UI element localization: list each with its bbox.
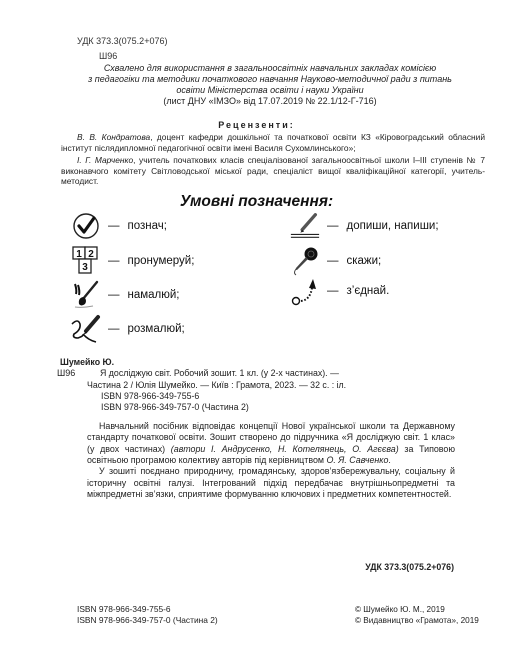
textbook-authors: (автори І. Андрусенко, Н. Котелянець, О.…	[171, 444, 399, 454]
legend-label: розмалюй;	[128, 323, 185, 335]
author-mark: Ш96	[99, 51, 117, 61]
reviewers-title: Рецензенти:	[0, 120, 513, 130]
legend-label: скажи;	[347, 255, 382, 267]
legend-label: з’єднай.	[347, 285, 390, 297]
legend-label: допиши, напиши;	[347, 220, 439, 232]
legend-item-connect: — з’єднай.	[289, 276, 389, 306]
reviewer-name: І. Г. Марченко	[77, 155, 133, 165]
pencil-scribble-icon	[70, 314, 102, 344]
approval-line: Схвалено для використання в загальноосві…	[60, 63, 480, 74]
legend-dash: —	[108, 255, 120, 267]
isbn-line: ISBN 978-966-349-755-6	[77, 604, 218, 615]
legend-dash: —	[108, 323, 120, 335]
legend-dash: —	[108, 220, 120, 232]
biblio-author: Шумейко Ю.	[60, 357, 346, 368]
reviewer-name: В. В. Кондратова	[77, 132, 150, 142]
copyright-line: © Видавництво «Грамота», 2019	[355, 615, 479, 626]
legend-label: познач;	[128, 220, 167, 232]
approval-letter: (лист ДНУ «ІМЗО» від 17.07.2019 № 22.1/1…	[60, 96, 480, 107]
svg-text:1: 1	[76, 249, 82, 260]
legend-item-mark: — познач;	[70, 211, 167, 241]
biblio-isbn: ISBN 978-966-349-757-0 (Частина 2)	[60, 402, 346, 413]
annotation-paragraph: У зошиті поєднано природничу, громадянсь…	[87, 466, 455, 500]
microphone-icon	[289, 246, 321, 276]
paintbrush-icon	[70, 280, 102, 310]
approval-line: з педагогіки та методики початкового нав…	[60, 74, 480, 85]
legend-dash: —	[327, 285, 339, 297]
biblio-line: Частина 2 / Юлія Шумейко. — Київ : Грамо…	[60, 380, 346, 391]
udk-code-bottom: УДК 373.3(075.2+076)	[87, 562, 454, 572]
legend-item-number: 1 2 3 — пронумеруй;	[70, 244, 194, 278]
approval-line: освіти Міністерства освіти і науки Украї…	[60, 85, 480, 96]
checkmark-circle-icon	[70, 211, 102, 241]
legend-item-color: — розмалюй;	[70, 314, 185, 344]
legend-label: пронумеруй;	[128, 255, 195, 267]
legend-dash: —	[108, 289, 120, 301]
svg-text:3: 3	[82, 262, 88, 273]
legend-item-say: — скажи;	[289, 246, 381, 276]
legend-title: Умовні позначення:	[0, 193, 513, 211]
legend-dash: —	[327, 220, 339, 232]
footer-isbn: ISBN 978-966-349-755-6 ISBN 978-966-349-…	[77, 604, 218, 626]
udk-code: УДК 373.3(075.2+076)	[77, 36, 167, 46]
biblio-line: Я досліджую світ. Робочий зошит. 1 кл. (…	[60, 368, 346, 379]
svg-text:2: 2	[88, 249, 94, 260]
legend-label: намалюй;	[128, 289, 180, 301]
approval-statement: Схвалено для використання в загальноосві…	[60, 63, 480, 107]
annotation: Навчальний посібник відповідає концепції…	[87, 421, 455, 500]
legend-dash: —	[327, 255, 339, 267]
biblio-isbn: ISBN 978-966-349-755-6	[60, 391, 346, 402]
program-editor: О. Я. Савченко	[326, 455, 388, 465]
reviewer-entry: В. В. Кондратова, доцент кафедри дошкіль…	[61, 132, 485, 153]
footer-copyright: © Шумейко Ю. М., 2019 © Видавництво «Гра…	[355, 604, 479, 626]
connect-dotted-arrow-icon	[289, 276, 321, 306]
numbered-boxes-icon: 1 2 3	[70, 244, 102, 278]
copyright-line: © Шумейко Ю. М., 2019	[355, 604, 479, 615]
pen-on-lines-icon	[289, 211, 321, 241]
bibliographic-record: Шумейко Ю. Я досліджую світ. Робочий зош…	[60, 357, 346, 413]
annotation-text: .	[388, 455, 390, 465]
reviewer-entry: І. Г. Марченко, учитель початкових класі…	[61, 155, 485, 187]
isbn-line: ISBN 978-966-349-757-0 (Частина 2)	[77, 615, 218, 626]
legend-item-write: — допиши, напиши;	[289, 211, 439, 241]
legend-item-draw: — намалюй;	[70, 280, 180, 310]
